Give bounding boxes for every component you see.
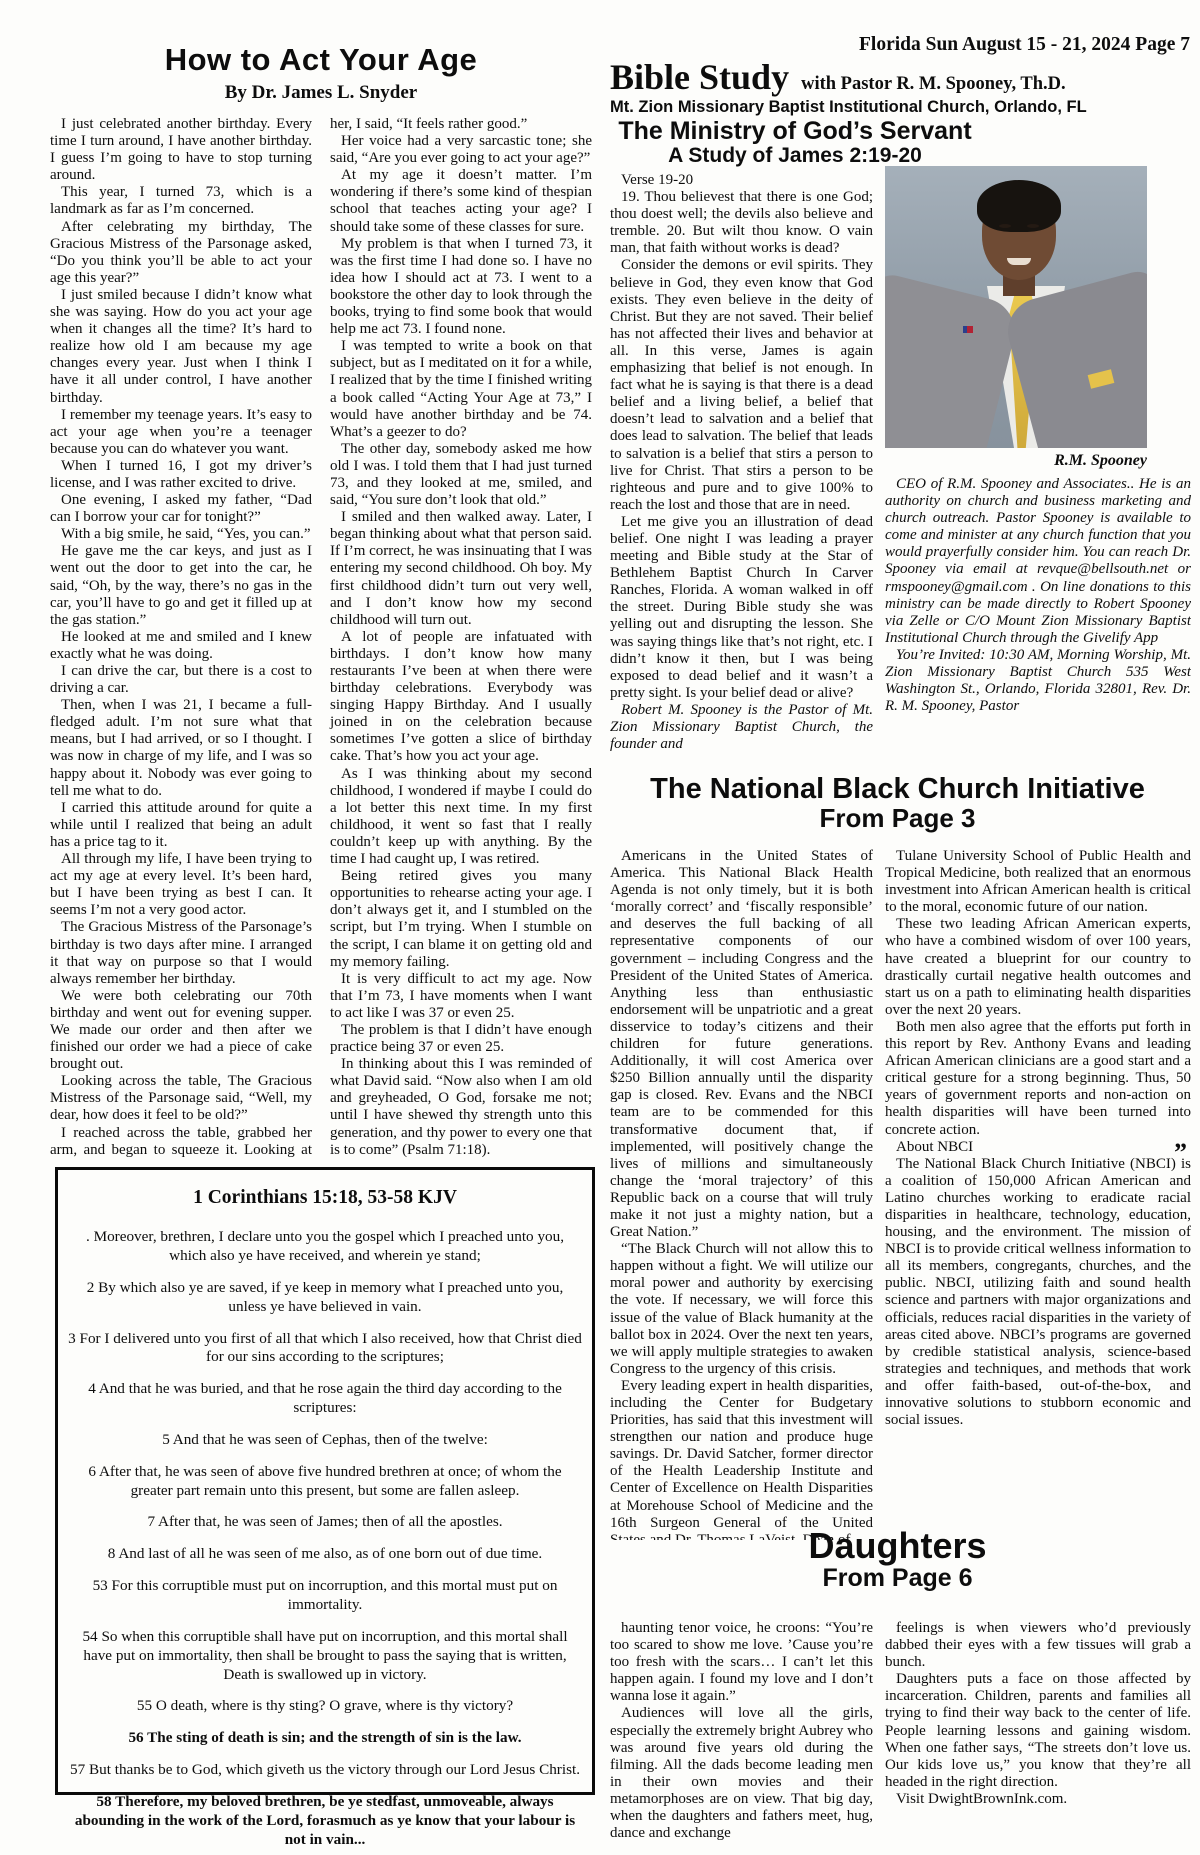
body-paragraph: feelings is when viewers who’d previousl… xyxy=(885,1620,1191,1671)
body-paragraph: At my age it doesn’t matter. I’m wonderi… xyxy=(330,167,592,235)
nbci-heading: The National Black Church Initiative Fro… xyxy=(605,774,1190,833)
photo-eye-left xyxy=(999,224,1011,228)
body-paragraph: haunting tenor voice, he croons: “You’re… xyxy=(610,1620,873,1705)
body-paragraph: With a big smile, he said, “Yes, you can… xyxy=(50,526,312,543)
verse-paragraph: 4 And that he was buried, and that he ro… xyxy=(67,1380,583,1418)
body-paragraph: It is very difficult to act my age. Now … xyxy=(330,971,592,1022)
photo-caption: R.M. Spooney xyxy=(885,452,1147,470)
nbci-column-1: Americans in the United States of Americ… xyxy=(610,848,873,1540)
bible-study-bio-column: CEO of R.M. Spooney and Associates.. He … xyxy=(885,476,1191,778)
verse-paragraph: 58 Therefore, my beloved brethren, be ye… xyxy=(67,1793,583,1850)
bible-study-headline-main: The Ministry of God’s Servant xyxy=(610,118,980,144)
body-paragraph: He looked at me and smiled and I knew ex… xyxy=(50,629,312,663)
verse-paragraph: 53 For this corruptible must put on inco… xyxy=(67,1577,583,1615)
body-paragraph: Consider the demons or evil spirits. The… xyxy=(610,257,873,513)
body-paragraph: Every leading expert in health dispariti… xyxy=(610,1378,873,1540)
verse-paragraph: 8 And last of all he was seen of me also… xyxy=(67,1545,583,1564)
verse-paragraph: 54 So when this corruptible shall have p… xyxy=(67,1628,583,1685)
bible-study-headline-sub: A Study of James 2:19-20 xyxy=(610,144,980,167)
flag-pin-icon xyxy=(963,326,973,333)
body-paragraph: After celebrating my birthday, The Graci… xyxy=(50,219,312,287)
body-paragraph: I was tempted to write a book on that su… xyxy=(330,338,592,441)
verse-paragraph: . Moreover, brethren, I declare unto you… xyxy=(67,1228,583,1266)
body-paragraph: I just celebrated another birthday. Ever… xyxy=(50,116,312,184)
body-paragraph: I carried this attitude around for quite… xyxy=(50,800,312,851)
page-header: Florida Sun August 15 - 21, 2024 Page 7 xyxy=(600,34,1190,56)
nbci-heading-main: The National Black Church Initiative xyxy=(605,774,1190,804)
body-paragraph: 19. Thou believest that there is one God… xyxy=(610,189,873,257)
body-paragraph: The problem is that I didn’t have enough… xyxy=(330,1022,592,1056)
verse-paragraph: 7 After that, he was seen of James; then… xyxy=(67,1513,583,1532)
body-paragraph: I just smiled because I didn’t know what… xyxy=(50,287,312,407)
body-paragraph: We were both celebrating our 70th birthd… xyxy=(50,988,312,1073)
body-paragraph: In thinking about this I was reminded of… xyxy=(330,1056,592,1159)
bible-study-title: Bible Study xyxy=(610,57,789,97)
daughters-heading-sub: From Page 6 xyxy=(605,1564,1190,1593)
body-paragraph: Tulane University School of Public Healt… xyxy=(885,848,1191,916)
verse-paragraph: 6 After that, he was seen of above five … xyxy=(67,1463,583,1501)
verse-paragraph: 56 The sting of death is sin; and the st… xyxy=(67,1729,583,1748)
body-paragraph: I remember my teenage years. It’s easy t… xyxy=(50,407,312,458)
bible-study-church-line: Mt. Zion Missionary Baptist Institutiona… xyxy=(610,98,1170,117)
newspaper-page: Florida Sun August 15 - 21, 2024 Page 7 … xyxy=(0,0,1200,1855)
body-paragraph: He gave me the car keys, and just as I w… xyxy=(50,543,312,628)
body-paragraph: Both men also agree that the efforts put… xyxy=(885,1019,1191,1139)
body-paragraph: Daughters puts a face on those affected … xyxy=(885,1671,1191,1791)
body-paragraph: This year, I turned 73, which is a landm… xyxy=(50,184,312,218)
daughters-heading-main: Daughters xyxy=(605,1528,1190,1564)
act-your-age-title: How to Act Your Age xyxy=(50,42,592,78)
body-paragraph: These two leading African American exper… xyxy=(885,916,1191,1019)
body-paragraph: Robert M. Spooney is the Pastor of Mt. Z… xyxy=(610,702,873,753)
act-your-age-byline: By Dr. James L. Snyder xyxy=(50,82,592,104)
bible-study-headline: The Ministry of God’s Servant A Study of… xyxy=(610,118,980,167)
body-paragraph: Americans in the United States of Americ… xyxy=(610,848,873,1241)
body-paragraph: The other day, somebody asked me how old… xyxy=(330,441,592,509)
pull-quote-mark: ” xyxy=(1174,1138,1187,1168)
body-paragraph: CEO of R.M. Spooney and Associates.. He … xyxy=(885,476,1191,647)
photo-eye-right xyxy=(1027,224,1039,228)
verse-paragraph: 57 But thanks be to God, which giveth us… xyxy=(67,1761,583,1780)
bible-study-masthead: Bible Study with Pastor R. M. Spooney, T… xyxy=(610,56,1170,98)
act-your-age-body: I just celebrated another birthday. Ever… xyxy=(50,116,592,1160)
body-paragraph: The National Black Church Initiative (NB… xyxy=(885,1156,1191,1430)
body-paragraph: “The Black Church will not allow this to… xyxy=(610,1241,873,1378)
corinthians-verses: . Moreover, brethren, I declare unto you… xyxy=(67,1228,583,1849)
photo-hair xyxy=(977,180,1061,232)
body-paragraph: Let me give you an illustration of dead … xyxy=(610,514,873,702)
corinthians-box-title: 1 Corinthians 15:18, 53-58 KJV xyxy=(67,1186,583,1210)
bible-study-pastor: with Pastor R. M. Spooney, Th.D. xyxy=(801,74,1066,94)
body-paragraph: Verse 19-20 xyxy=(610,172,873,189)
body-paragraph: Being retired gives you many opportuniti… xyxy=(330,868,592,971)
body-paragraph: Looking across the table, The Gracious M… xyxy=(50,1073,312,1124)
corinthians-box: 1 Corinthians 15:18, 53-58 KJV . Moreove… xyxy=(55,1167,595,1795)
body-paragraph: Audiences will love all the girls, espec… xyxy=(610,1705,873,1842)
body-paragraph: A lot of people are infatuated with birt… xyxy=(330,629,592,766)
photo-smile xyxy=(1007,258,1031,265)
verse-paragraph: 5 And that he was seen of Cephas, then o… xyxy=(67,1431,583,1450)
daughters-heading: Daughters From Page 6 xyxy=(605,1528,1190,1593)
verse-paragraph: 2 By which also ye are saved, if ye keep… xyxy=(67,1279,583,1317)
body-paragraph: As I was thinking about my second childh… xyxy=(330,766,592,869)
nbci-column-2: Tulane University School of Public Healt… xyxy=(885,848,1191,1528)
body-paragraph: You’re Invited: 10:30 AM, Morning Worshi… xyxy=(885,647,1191,715)
body-paragraph: When I turned 16, I got my driver’s lice… xyxy=(50,458,312,492)
bible-study-column: Verse 19-2019. Thou believest that there… xyxy=(610,172,873,776)
body-paragraph: Visit DwightBrownInk.com. xyxy=(885,1791,1191,1808)
daughters-column-2: feelings is when viewers who’d previousl… xyxy=(885,1620,1191,1853)
verse-paragraph: 3 For I delivered unto you first of all … xyxy=(67,1330,583,1368)
body-paragraph: I smiled and then walked away. Later, I … xyxy=(330,509,592,629)
body-paragraph: Then, when I was 21, I became a full-fle… xyxy=(50,697,312,800)
body-paragraph: All through my life, I have been trying … xyxy=(50,851,312,919)
body-paragraph: One evening, I asked my father, “Dad can… xyxy=(50,492,312,526)
body-paragraph: My problem is that when I turned 73, it … xyxy=(330,236,592,339)
verse-paragraph: 55 O death, where is thy sting? O grave,… xyxy=(67,1697,583,1716)
body-paragraph: Her voice had a very sarcastic tone; she… xyxy=(330,133,592,167)
nbci-heading-sub: From Page 3 xyxy=(605,804,1190,833)
body-paragraph: About NBCI xyxy=(885,1139,1191,1156)
daughters-column-1: haunting tenor voice, he croons: “You’re… xyxy=(610,1620,873,1853)
body-paragraph: The Gracious Mistress of the Parsonage’s… xyxy=(50,919,312,987)
pastor-photo xyxy=(885,166,1147,448)
body-paragraph: I can drive the car, but there is a cost… xyxy=(50,663,312,697)
